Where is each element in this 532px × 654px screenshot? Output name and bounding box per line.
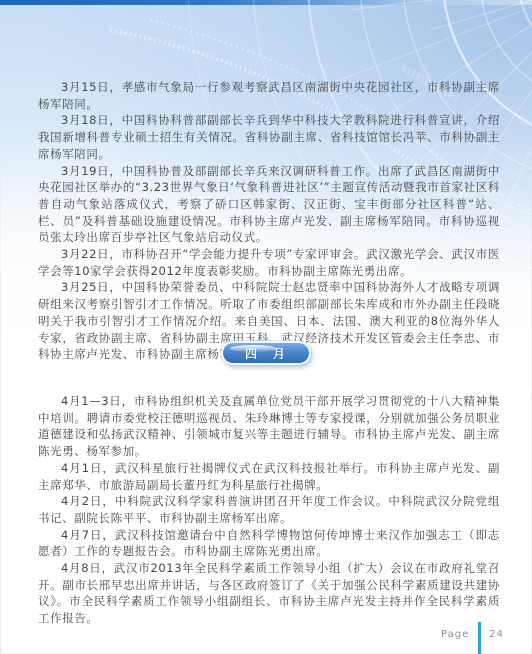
event-paragraph-mar-22: 3月22日，市科协召开“学会能力提升专项”专家评审会。武汉激光学会、武汉市医学会… [38, 246, 500, 279]
footer-page-number: 24 [489, 629, 504, 640]
april-section-label: 四 月 [245, 345, 287, 362]
event-paragraph-mar-19: 3月19日，中国科协普及部副部长辛兵来汉调研科普工作。出席了武昌区南湖街中央花园… [38, 163, 500, 247]
event-paragraph-mar-18: 3月18日，中国科协科普部副部长辛兵到华中科技大学教科院进行科普宣讲，介绍我国新… [38, 112, 500, 162]
event-paragraph-apr-1-3: 4月1—3日，市科协组织机关及直属单位党员干部开展学习贯彻党的十八大精神集中培训… [38, 393, 500, 460]
march-events-section: 3月15日，孝感市气象局一行参观考察武昌区南湖街中央花园社区，市科协副主席杨军陪… [38, 79, 500, 363]
header-top-bar [0, 0, 532, 5]
april-section-banner: 四 月 [221, 341, 311, 365]
april-events-section: 4月1—3日，市科协组织机关及直属单位党员干部开展学习贯彻党的十八大精神集中培训… [38, 393, 500, 627]
footer-page-label: Page [441, 629, 469, 640]
event-paragraph-apr-7: 4月7日，武汉科技馆邀请台中自然科学博物馆何传坤博士来汉作加强志工（即志愿者）工… [38, 527, 500, 560]
document-page: 10101001011010101010 011010100101 101010… [0, 0, 532, 654]
event-paragraph-mar-15: 3月15日，孝感市气象局一行参观考察武昌区南湖街中央花园社区，市科协副主席杨军陪… [38, 79, 500, 112]
event-paragraph-apr-8: 4月8日，武汉市2013年全民科学素质工作领导小组（扩大）会议在市政府礼堂召开。… [38, 560, 500, 627]
page-footer: Page 24 [441, 618, 504, 654]
event-paragraph-apr-1: 4月1日，武汉科星旅行社揭牌仪式在武汉科技报社举行。市科协主席卢光发、副主席郑华… [38, 460, 500, 493]
footer-divider-bar [478, 622, 481, 654]
event-paragraph-apr-2: 4月2日，中科院武汉科学家科普演讲团召开年度工作会议。中科院武汉分院党组书记、副… [38, 493, 500, 526]
